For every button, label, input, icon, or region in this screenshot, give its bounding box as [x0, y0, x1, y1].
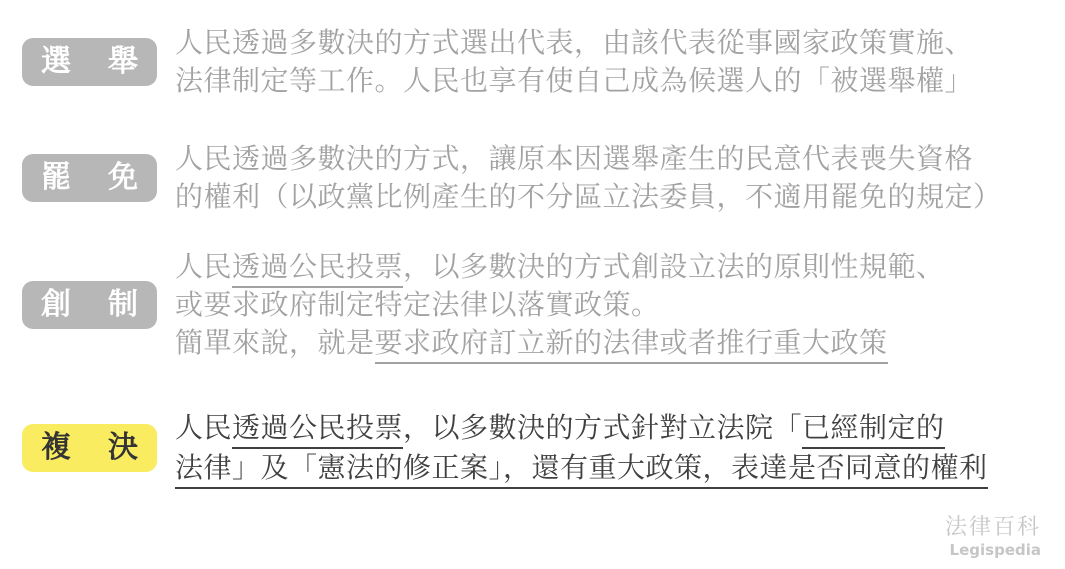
definition-segment: 或要求政府制定特定法律以落實政策。: [175, 288, 660, 321]
term-char: 選: [41, 47, 71, 77]
rights-list: 選舉人民透過多數決的方式選出代表，由該代表從事國家政策實施、法律制定等工作。人民…: [0, 0, 1065, 488]
definition-text: 人民透過公民投票，以多數決的方式針對立法院「已經制定的法律」及「憲法的修正案」，…: [175, 408, 988, 488]
definition-line: 人民透過公民投票，以多數決的方式創設立法的原則性規範、: [175, 248, 945, 286]
definition-segment-underlined: 已經制定的: [802, 411, 945, 449]
legispedia-logo: 法律百科 Legispedia: [945, 515, 1041, 559]
definition-segment: 的權利（以政黨比例產生的不分區立法委員，不適用罷免的規定）: [175, 180, 1002, 213]
definition-segment-underlined: 透過公民投票: [232, 411, 403, 449]
definition-line: 法律制定等工作。人民也享有使自己成為候選人的「被選舉權」: [175, 62, 973, 100]
definition-segment-underlined: 透過公民投票: [232, 250, 403, 288]
definition-segment: 人民透過多數決的方式選出代表，由該代表從事國家政策實施、: [175, 26, 973, 59]
term-char: 創: [41, 290, 71, 320]
definition-line: 法律」及「憲法的修正案」，還有重大政策，表達是否同意的權利: [175, 448, 988, 488]
definition-text: 人民透過公民投票，以多數決的方式創設立法的原則性規範、或要求政府制定特定法律以落…: [175, 248, 945, 362]
definition-segment-underlined: 要求政府訂立新的法律或者推行重大政策: [375, 326, 888, 364]
term-char: 複: [41, 433, 71, 463]
definition-text: 人民透過多數決的方式選出代表，由該代表從事國家政策實施、法律制定等工作。人民也享…: [175, 24, 973, 100]
term-char: 制: [108, 290, 138, 320]
civic-rights-infographic: 選舉人民透過多數決的方式選出代表，由該代表從事國家政策實施、法律制定等工作。人民…: [0, 0, 1065, 569]
definition-segment: 人民: [175, 250, 232, 283]
definition-segment: 法律制定等工作。人民也享有使自己成為候選人的「被選舉權」: [175, 64, 973, 97]
term-char: 罷: [41, 163, 71, 193]
term-char: 免: [108, 163, 138, 193]
right-row-複決: 複決人民透過公民投票，以多數決的方式針對立法院「已經制定的法律」及「憲法的修正案…: [0, 408, 1065, 488]
logo-subtitle: Legispedia: [945, 541, 1041, 559]
definition-segment: ，以多數決的方式創設立法的原則性規範、: [403, 250, 945, 283]
term-char: 舉: [108, 47, 138, 77]
term-badge: 選舉: [22, 38, 157, 86]
definition-line: 簡單來說，就是要求政府訂立新的法律或者推行重大政策: [175, 324, 945, 362]
term-badge: 複決: [22, 424, 157, 472]
definition-segment: 人民: [175, 411, 232, 444]
definition-segment: 人民透過多數決的方式，讓原本因選舉產生的民意代表喪失資格: [175, 142, 973, 175]
logo-title: 法律百科: [945, 515, 1041, 541]
right-row-罷免: 罷免人民透過多數決的方式，讓原本因選舉產生的民意代表喪失資格的權利（以政黨比例產…: [0, 140, 1065, 216]
definition-segment: ，以多數決的方式針對立法院「: [403, 411, 802, 444]
definition-line: 人民透過公民投票，以多數決的方式針對立法院「已經制定的: [175, 408, 988, 448]
definition-line: 人民透過多數決的方式選出代表，由該代表從事國家政策實施、: [175, 24, 973, 62]
right-row-創制: 創制人民透過公民投票，以多數決的方式創設立法的原則性規範、或要求政府制定特定法律…: [0, 248, 1065, 362]
definition-segment: 簡單來說，就是: [175, 326, 375, 359]
definition-line: 或要求政府制定特定法律以落實政策。: [175, 286, 945, 324]
right-row-選舉: 選舉人民透過多數決的方式選出代表，由該代表從事國家政策實施、法律制定等工作。人民…: [0, 24, 1065, 100]
term-badge: 罷免: [22, 154, 157, 202]
definition-text: 人民透過多數決的方式，讓原本因選舉產生的民意代表喪失資格的權利（以政黨比例產生的…: [175, 140, 1002, 216]
definition-line: 人民透過多數決的方式，讓原本因選舉產生的民意代表喪失資格: [175, 140, 1002, 178]
term-char: 決: [108, 433, 138, 463]
term-badge: 創制: [22, 281, 157, 329]
definition-segment-underlined: 法律」及「憲法的修正案」，還有重大政策，表達是否同意的權利: [175, 451, 988, 489]
definition-line: 的權利（以政黨比例產生的不分區立法委員，不適用罷免的規定）: [175, 178, 1002, 216]
